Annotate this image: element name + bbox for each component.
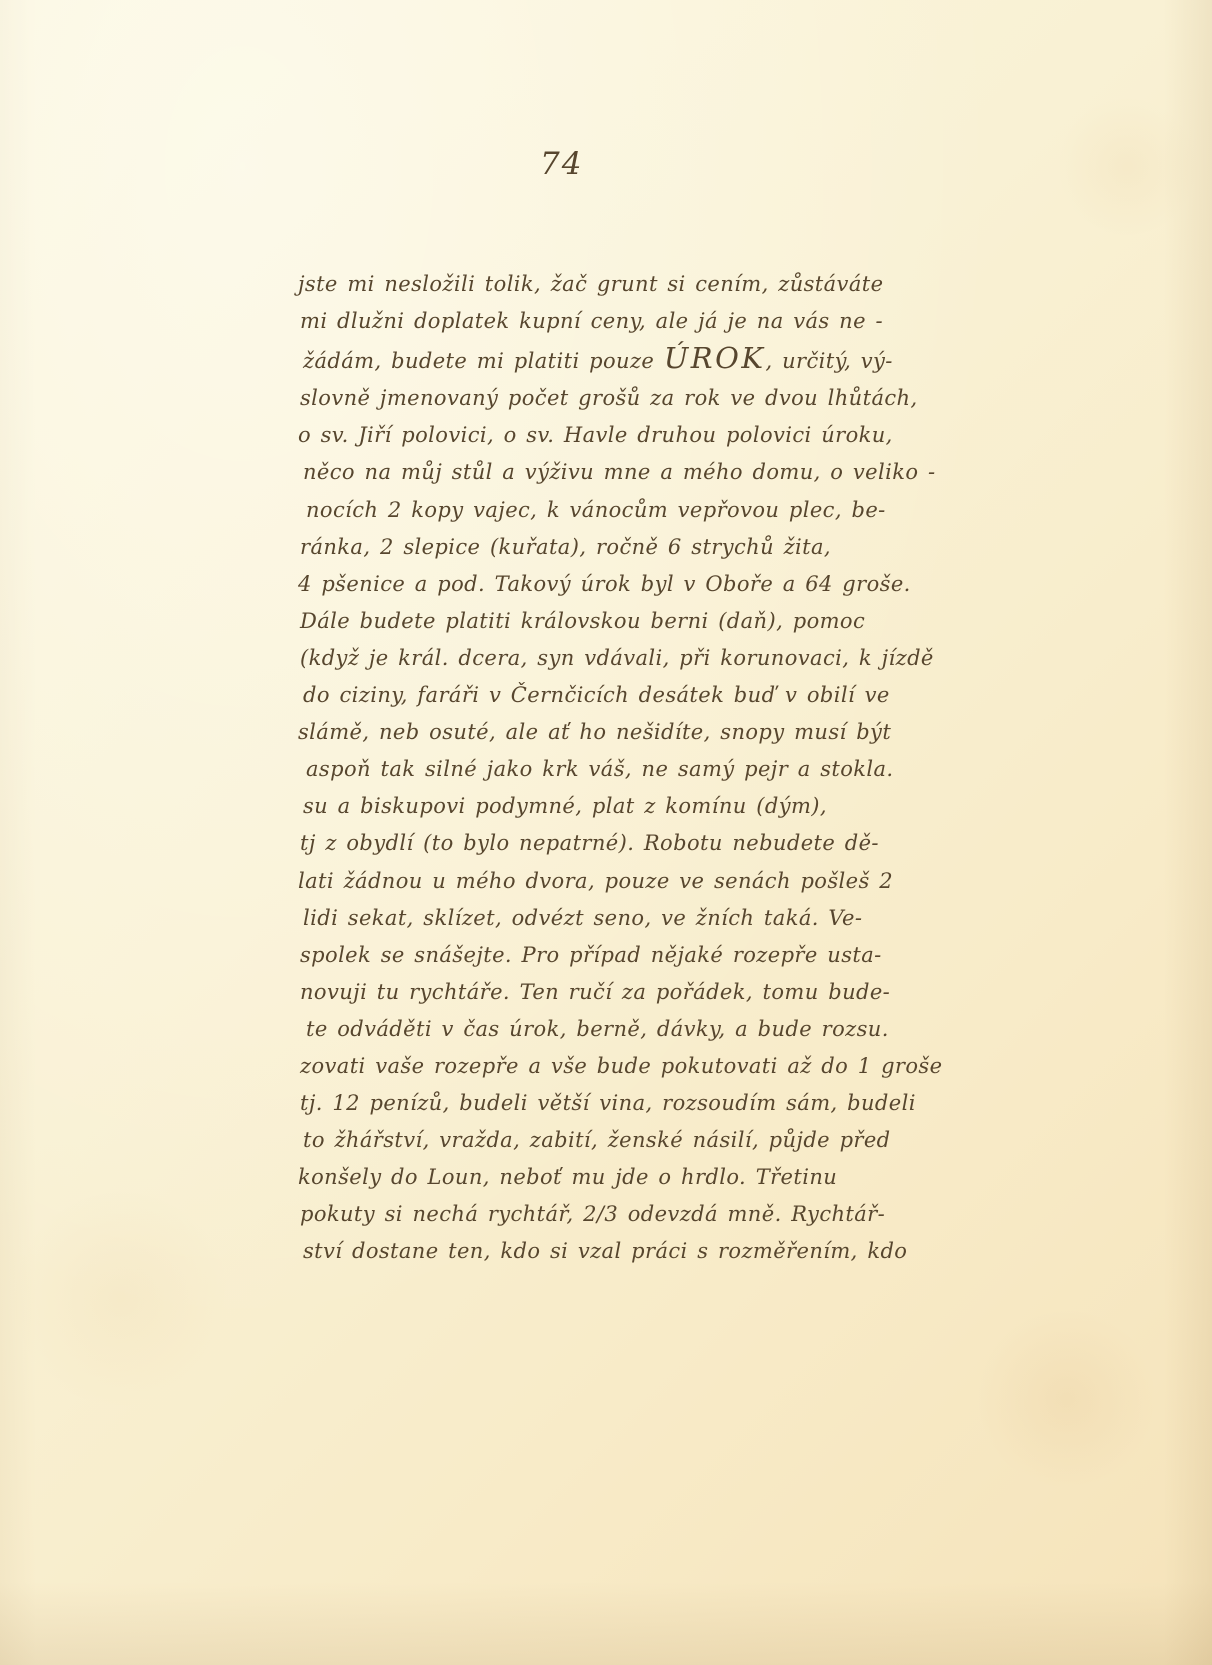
text-line: spolek se snášejte. Pro případ nějaké ro… xyxy=(300,937,965,974)
text-line: slámě, neb osuté, ale ať ho nešidíte, sn… xyxy=(298,714,965,751)
text-line: tj z obydlí (to bylo nepatrné). Robotu n… xyxy=(300,825,965,862)
text-line: to žhářství, vražda, zabití, ženské nási… xyxy=(303,1122,965,1159)
text-line: novuji tu rychtáře. Ten ručí za pořádek,… xyxy=(300,974,965,1011)
manuscript-page: 74 jste mi nesložili tolik, žač grunt si… xyxy=(0,0,1212,1665)
text-line: jste mi nesložili tolik, žač grunt si ce… xyxy=(298,266,965,303)
text-line: slovně jmenovaný počet grošů za rok ve d… xyxy=(300,380,965,417)
manuscript-text: jste mi nesložili tolik, žač grunt si ce… xyxy=(300,266,965,1271)
text-line: ránka, 2 slepice (kuřata), ročně 6 stryc… xyxy=(300,529,965,566)
text-line: žádám, budete mi platiti pouze ÚROK, urč… xyxy=(303,340,965,380)
text-line: pokuty si nechá rychtář, 2/3 odevzdá mně… xyxy=(300,1196,965,1233)
text-line: lati žádnou u mého dvora, pouze ve senác… xyxy=(298,863,965,900)
text-line: tj. 12 penízů, budeli větší vina, rozsou… xyxy=(300,1085,965,1122)
text-line: su a biskupovi podymné, plat z komínu (d… xyxy=(303,788,965,825)
text-line: te odváděti v čas úrok, berně, dávky, a … xyxy=(306,1011,965,1048)
text-line: o sv. Jiří polovici, o sv. Havle druhou … xyxy=(298,417,965,454)
text-line: něco na můj stůl a výživu mne a mého dom… xyxy=(303,454,965,491)
emphasized-word: ÚROK xyxy=(664,341,766,375)
text-line: zovati vaše rozepře a vše bude pokutovat… xyxy=(300,1048,965,1085)
text-line: nocích 2 kopy vajec, k vánocům vepřovou … xyxy=(306,492,965,529)
page-number: 74 xyxy=(540,146,583,182)
text-line: konšely do Loun, neboť mu jde o hrdlo. T… xyxy=(298,1159,965,1196)
text-line: (když je král. dcera, syn vdávali, při k… xyxy=(300,640,965,677)
text-line: do ciziny, faráři v Černčicích desátek b… xyxy=(303,677,965,714)
text-line: ství dostane ten, kdo si vzal práci s ro… xyxy=(303,1233,965,1270)
text-line: Dále budete platiti královskou berni (da… xyxy=(300,603,965,640)
text-line: mi dlužni doplatek kupní ceny, ale já je… xyxy=(300,303,965,340)
text-line: aspoň tak silné jako krk váš, ne samý pe… xyxy=(306,751,965,788)
text-line: 4 pšenice a pod. Takový úrok byl v Oboře… xyxy=(298,566,965,603)
text-line: lidi sekat, sklízet, odvézt seno, ve žní… xyxy=(303,900,965,937)
